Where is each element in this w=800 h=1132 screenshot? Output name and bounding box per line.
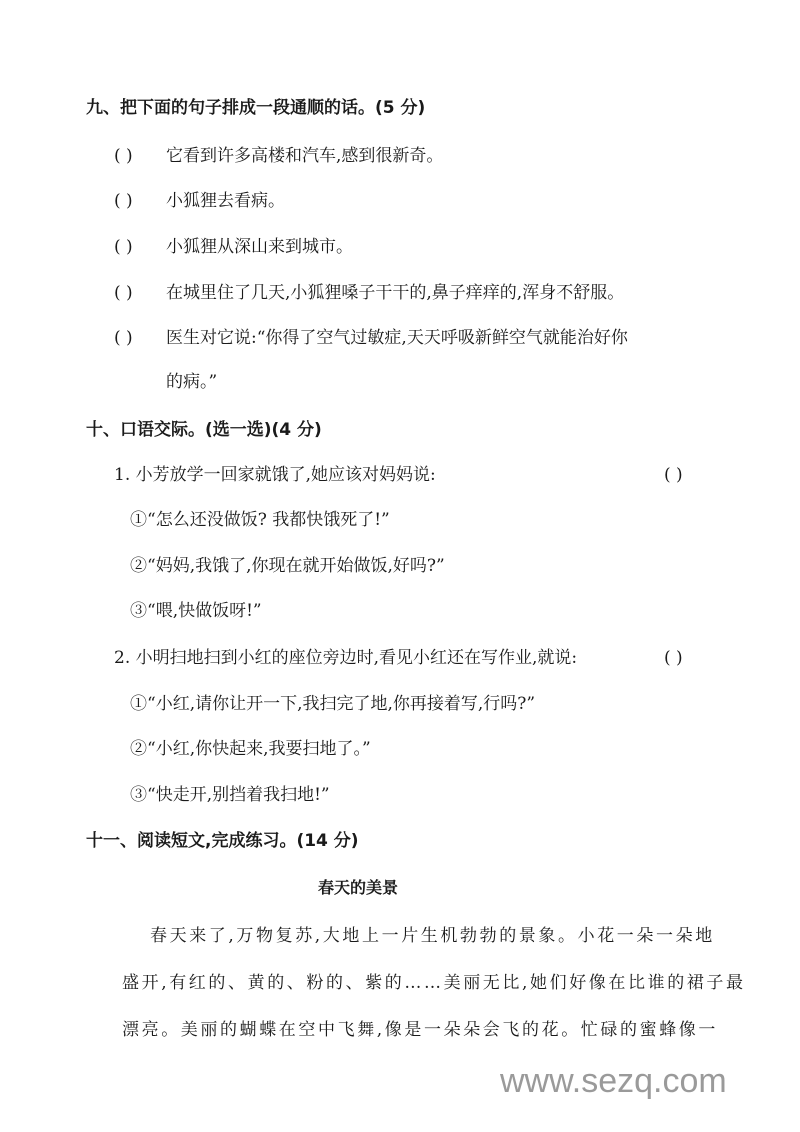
ordering-item-4: ( )在城里住了几天,小狐狸嗓子干干的,鼻子痒痒的,浑身不舒服。: [114, 281, 624, 305]
section-11-heading: 十一、阅读短文,完成练习。(14 分): [86, 829, 359, 853]
answer-blank[interactable]: ( ): [114, 189, 166, 213]
question-2-prompt: 2. 小明扫地扫到小红的座位旁边时,看见小红还在写作业,就说:: [114, 646, 577, 670]
answer-blank[interactable]: ( ): [114, 235, 166, 259]
question-1-option-1: ①“怎么还没做饭? 我都快饿死了!”: [130, 508, 390, 532]
question-1-answer-blank[interactable]: ( ): [664, 463, 683, 487]
answer-blank[interactable]: ( ): [114, 144, 166, 168]
question-2-option-3: ③“快走开,别挡着我扫地!”: [130, 783, 330, 807]
section-10-heading: 十、口语交际。(选一选)(4 分): [86, 418, 322, 442]
question-2-option-2: ②“小红,你快起来,我要扫地了。”: [130, 737, 371, 761]
ordering-item-3: ( )小狐狸从深山来到城市。: [114, 235, 353, 259]
answer-blank[interactable]: ( ): [114, 281, 166, 305]
item-text: 小狐狸从深山来到城市。: [166, 237, 353, 257]
watermark: www.sezq.com: [500, 1062, 727, 1101]
passage-line-2: 盛开,有红的、黄的、粉的、紫的……美丽无比,她们好像在比谁的裙子最: [122, 971, 746, 995]
passage-line-3: 漂亮。美丽的蝴蝶在空中飞舞,像是一朵朵会飞的花。忙碌的蜜蜂像一: [122, 1018, 718, 1042]
question-2-answer-blank[interactable]: ( ): [664, 646, 683, 670]
ordering-item-1: ( )它看到许多高楼和汽车,感到很新奇。: [114, 144, 443, 168]
item-text: 医生对它说:“你得了空气过敏症,天天呼吸新鲜空气就能治好你: [166, 328, 628, 348]
item-text: 它看到许多高楼和汽车,感到很新奇。: [166, 146, 443, 166]
ordering-item-2: ( )小狐狸去看病。: [114, 189, 285, 213]
ordering-item-5-continuation: 的病。”: [166, 370, 217, 394]
ordering-item-5: ( )医生对它说:“你得了空气过敏症,天天呼吸新鲜空气就能治好你: [114, 326, 628, 350]
item-text: 在城里住了几天,小狐狸嗓子干干的,鼻子痒痒的,浑身不舒服。: [166, 283, 624, 303]
passage-title: 春天的美景: [318, 876, 398, 900]
passage-line-1: 春天来了,万物复苏,大地上一片生机勃勃的景象。小花一朵一朵地: [150, 924, 715, 948]
question-1-option-2: ②“妈妈,我饿了,你现在就开始做饭,好吗?”: [130, 554, 445, 578]
answer-blank[interactable]: ( ): [114, 326, 166, 350]
question-1-prompt: 1. 小芳放学一回家就饿了,她应该对妈妈说:: [114, 463, 436, 487]
question-2-option-1: ①“小红,请你让开一下,我扫完了地,你再接着写,行吗?”: [130, 692, 535, 716]
item-text: 小狐狸去看病。: [166, 191, 285, 211]
question-1-option-3: ③“喂,快做饭呀!”: [130, 599, 262, 623]
section-9-heading: 九、把下面的句子排成一段通顺的话。(5 分): [86, 96, 425, 120]
